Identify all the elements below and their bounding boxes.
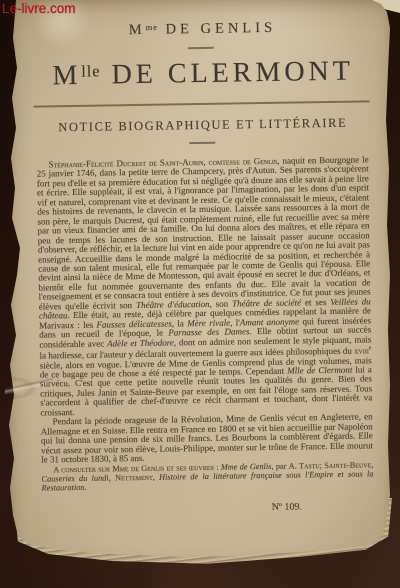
paragraph: A consulter sur Mme de Genlis et ses œuv… — [41, 460, 373, 492]
paragraph: Pendant la période orageuse de la Révolu… — [41, 413, 374, 465]
body-paragraphs: Stéphanie-Félicité Ducrest de Saint-Aubi… — [37, 155, 374, 492]
separator-dash-top — [188, 47, 214, 49]
paragraph: Stéphanie-Félicité Ducrest de Saint-Aubi… — [37, 155, 373, 417]
scanned-book-cover: Mme DE GENLIS Mlle DE CLERMONT NOTICE BI… — [0, 0, 400, 588]
separator-dash-subtitle — [189, 142, 215, 144]
title-cap: M — [52, 60, 81, 91]
watermark-text: Le-livre.com — [2, 1, 76, 16]
author-superscript: me — [146, 23, 158, 32]
author-cap: M — [129, 22, 146, 38]
book-title: Mlle DE CLERMONT — [35, 55, 367, 92]
page-subtitle: NOTICE BIOGRAPHIQUE ET LITTÉRAIRE — [36, 115, 368, 135]
author-rest: DE GENLIS — [158, 20, 276, 38]
title-rest: DE CLERMONT — [100, 56, 354, 91]
title-superscript: lle — [81, 62, 101, 80]
page-content: Mme DE GENLIS Mlle DE CLERMONT NOTICE BI… — [34, 0, 374, 516]
author-name: Mme DE GENLIS — [34, 18, 366, 40]
horizontal-rule — [34, 100, 370, 107]
